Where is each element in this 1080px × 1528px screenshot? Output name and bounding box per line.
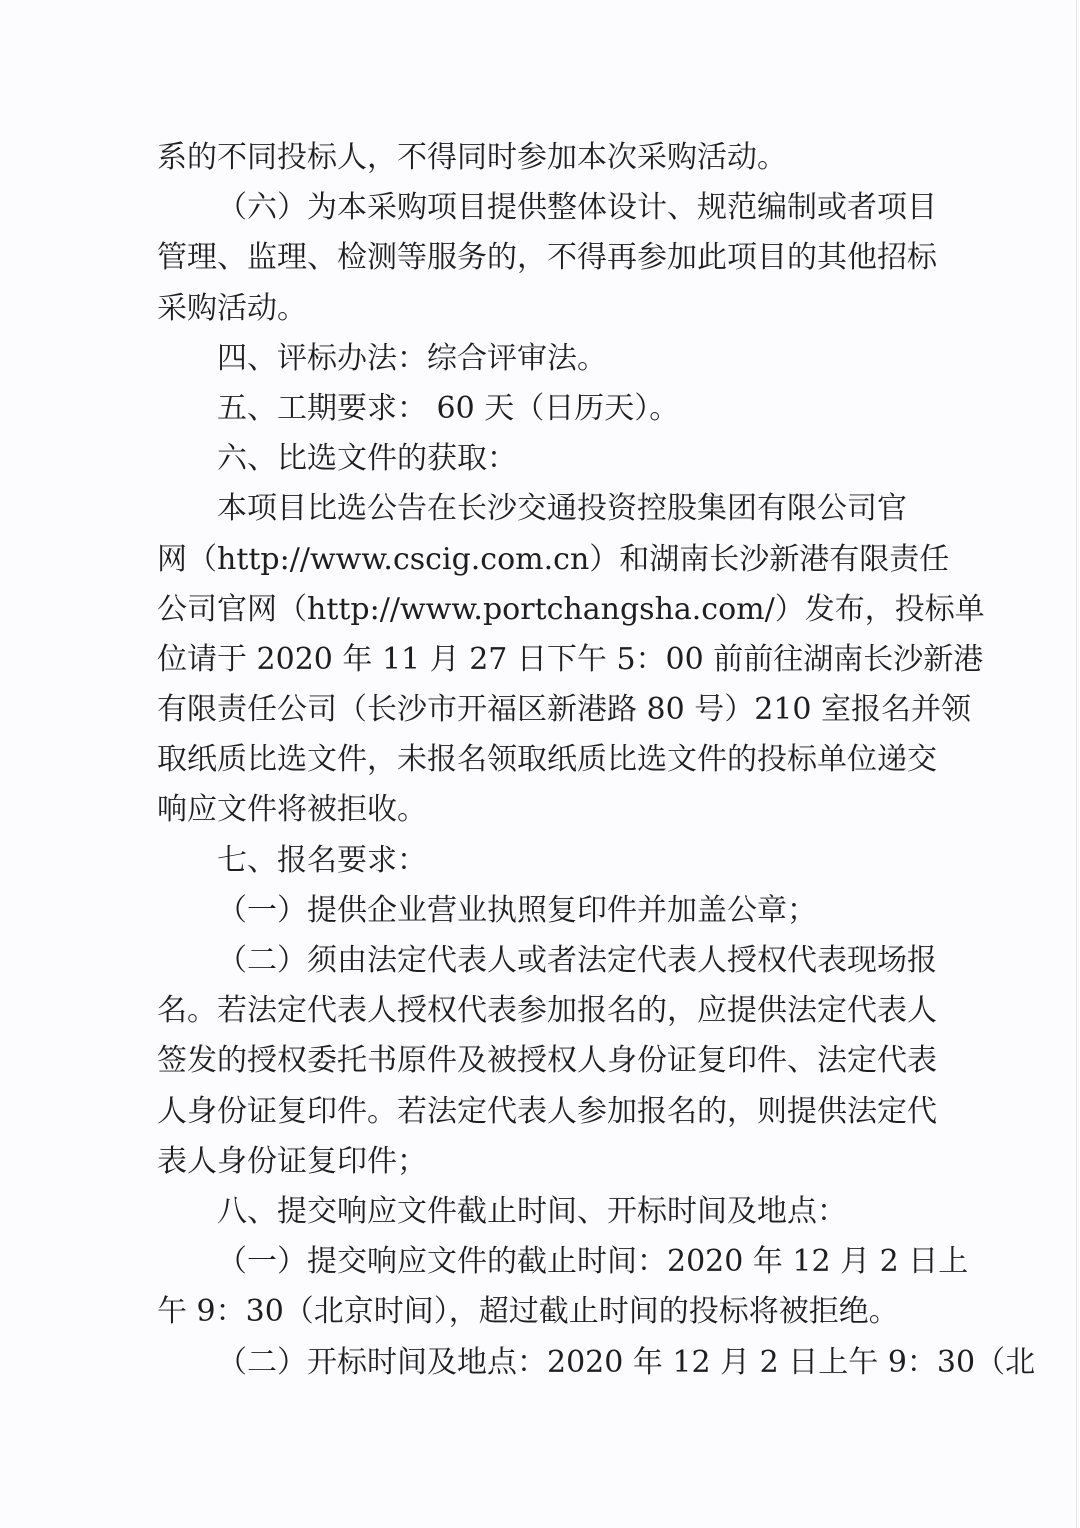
- document-body: 系的不同投标人，不得同时参加本次采购活动。 （六）为本采购项目提供整体设计、规范…: [157, 133, 905, 1388]
- section-heading: 六、比选文件的获取：: [157, 434, 905, 484]
- section-heading: 七、报名要求：: [157, 836, 905, 886]
- paragraph-line: 位请于 2020 年 11 月 27 日下午 5：00 前前往湖南长沙新港: [157, 635, 905, 685]
- paragraph-line: （二）开标时间及地点：2020 年 12 月 2 日上午 9：30（北: [157, 1338, 905, 1388]
- paragraph-line: （二）须由法定代表人或者法定代表人授权代表现场报: [157, 936, 905, 986]
- paragraph-line: 系的不同投标人，不得同时参加本次采购活动。: [157, 133, 787, 183]
- paragraph-line: （一）提交响应文件的截止时间：2020 年 12 月 2 日上: [157, 1237, 905, 1287]
- paragraph-line: 网（http://www.cscig.com.cn）和湖南长沙新港有限责任: [157, 535, 905, 585]
- paragraph-line: （一）提供企业营业执照复印件并加盖公章；: [157, 886, 905, 936]
- section-heading: 八、提交响应文件截止时间、开标时间及地点：: [157, 1187, 905, 1237]
- paragraph-line: 午 9：30（北京时间），超过截止时间的投标将被拒绝。: [157, 1287, 899, 1337]
- paragraph-line: 签发的授权委托书原件及被授权人身份证复印件、法定代表: [157, 1036, 905, 1086]
- scanned-document-page: 系的不同投标人，不得同时参加本次采购活动。 （六）为本采购项目提供整体设计、规范…: [0, 0, 1080, 1528]
- paragraph-line: 有限责任公司（长沙市开福区新港路 80 号）210 室报名并领: [157, 685, 905, 735]
- paragraph-line: 响应文件将被拒收。: [157, 785, 427, 835]
- paragraph-line: 取纸质比选文件，未报名领取纸质比选文件的投标单位递交: [157, 735, 905, 785]
- paragraph-line: 本项目比选公告在长沙交通投资控股集团有限公司官: [157, 484, 905, 534]
- paragraph-line: 公司官网（http://www.portchangsha.com/）发布，投标单: [157, 585, 905, 635]
- paragraph-line: 表人身份证复印件；: [157, 1137, 427, 1187]
- section-heading: 四、评标办法：综合评审法。: [157, 334, 905, 384]
- paragraph-line: 管理、监理、检测等服务的，不得再参加此项目的其他招标: [157, 233, 905, 283]
- section-heading: 五、工期要求： 60 天（日历天）。: [157, 384, 905, 434]
- paragraph-line: 名。若法定代表人授权代表参加报名的，应提供法定代表人: [157, 986, 905, 1036]
- paragraph-line: 人身份证复印件。若法定代表人参加报名的，则提供法定代: [157, 1087, 905, 1137]
- page-edge-line: [1076, 0, 1077, 1528]
- paragraph-line: （六）为本采购项目提供整体设计、规范编制或者项目: [157, 183, 905, 233]
- paragraph-line: 采购活动。: [157, 284, 307, 334]
